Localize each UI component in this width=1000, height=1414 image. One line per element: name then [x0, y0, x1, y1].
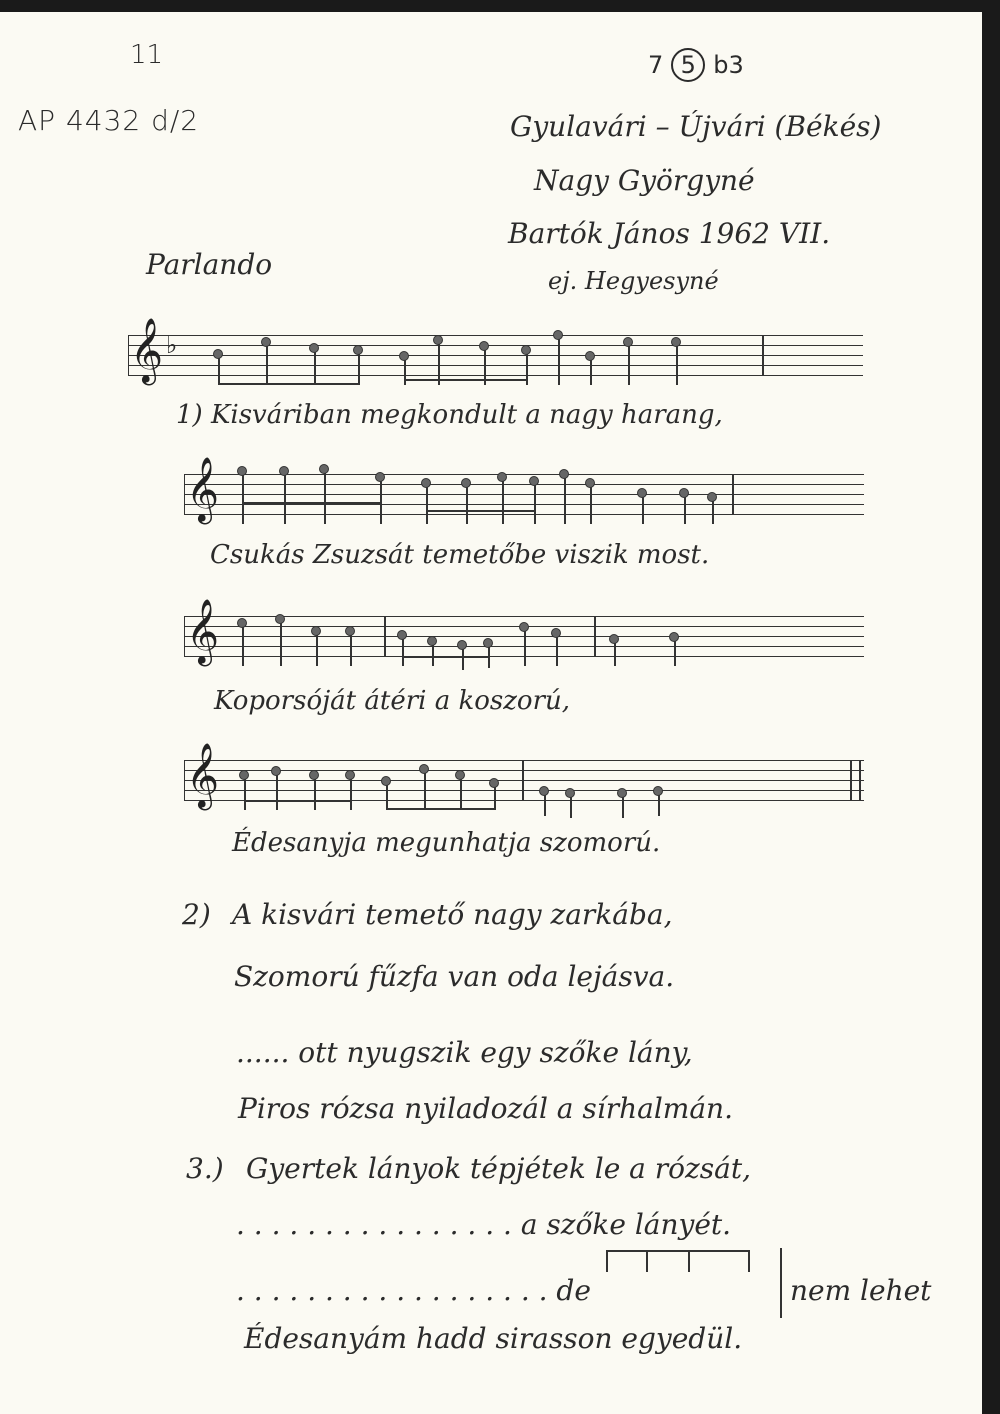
note: [684, 492, 686, 524]
verse-2-number: 2): [182, 898, 211, 931]
barline: [732, 474, 734, 514]
note: [218, 353, 220, 385]
music-staff: 𝄞: [184, 474, 864, 514]
beam: [404, 379, 528, 381]
note: [402, 634, 404, 666]
note: [350, 630, 352, 666]
note: [242, 470, 244, 524]
tempo-marking: Parlando: [146, 248, 272, 281]
manuscript-page: 11 AP 4432 d/2 75b3 Gyulavári – Újvári (…: [0, 12, 982, 1414]
note: [284, 470, 286, 524]
note: [564, 473, 566, 524]
verse-2-line-3: ...... ott nyugszik egy szőke lány,: [236, 1036, 693, 1069]
note: [558, 334, 560, 385]
final-barline: [850, 760, 861, 800]
barline: [594, 616, 596, 656]
staff-lyric-2: Csukás Zsuzsát temetőbe viszik most.: [210, 540, 709, 570]
collection-place: Gyulavári – Újvári (Békés): [510, 110, 881, 143]
music-staff: 𝄞: [184, 760, 864, 800]
note: [266, 341, 268, 385]
note: [556, 632, 558, 666]
rhythm-bracket: [606, 1250, 750, 1272]
note: [466, 482, 468, 524]
note: [242, 622, 244, 666]
note: [350, 774, 352, 810]
note: [324, 468, 326, 524]
treble-clef-icon: 𝄞: [186, 746, 219, 806]
note: [316, 630, 318, 666]
beam: [426, 510, 536, 512]
collector-and-date: Bartók János 1962 VII.: [508, 217, 830, 250]
note: [590, 355, 592, 385]
staff-lyric-4: Édesanyja megunhatja szomorú.: [232, 828, 660, 858]
singer-name: Nagy Györgyné: [534, 164, 755, 197]
catalog-circled-number: 5: [671, 48, 705, 82]
verse-3-line-3: . . . . . . . . . . . . . . . . . . de: [236, 1274, 591, 1307]
catalog-number: 75b3: [648, 48, 744, 82]
note: [494, 782, 496, 810]
transcriber: ej. Hegyesyné: [548, 267, 719, 295]
barline: [384, 616, 386, 656]
note: [426, 482, 428, 524]
note: [570, 792, 572, 818]
barline: [762, 335, 764, 375]
note: [488, 642, 490, 668]
note: [628, 341, 630, 385]
note: [676, 341, 678, 385]
verse-3-line-4: Édesanyám hadd sirasson egyedül.: [244, 1322, 742, 1355]
note: [244, 774, 246, 810]
beam: [218, 383, 360, 385]
verse-2-line-1: A kisvári temető nagy zarkába,: [232, 898, 673, 931]
note: [502, 476, 504, 524]
beam: [242, 502, 382, 504]
verse-3-line-1: Gyertek lányok tépjétek le a rózsát,: [246, 1152, 751, 1185]
catalog-prefix: 7: [648, 51, 663, 79]
note: [712, 496, 714, 524]
note: [614, 638, 616, 666]
note: [642, 492, 644, 524]
note: [460, 774, 462, 810]
note: [622, 792, 624, 818]
verse-3-number: 3.): [186, 1152, 224, 1185]
staff-lyric-3: Koporsóját átéri a koszorú,: [214, 686, 570, 716]
note: [386, 780, 388, 810]
music-staff: 𝄞: [184, 616, 864, 656]
note: [432, 640, 434, 666]
note: [534, 480, 536, 524]
note: [280, 618, 282, 666]
catalog-suffix: b3: [713, 51, 744, 79]
note: [590, 482, 592, 524]
note: [524, 626, 526, 666]
note: [358, 349, 360, 385]
treble-clef-icon: 𝄞: [130, 321, 163, 381]
treble-clef-icon: 𝄞: [186, 602, 219, 662]
note: [544, 790, 546, 816]
note: [314, 774, 316, 810]
note: [380, 476, 382, 524]
beam: [244, 800, 352, 802]
note: [674, 636, 676, 666]
note: [658, 790, 660, 816]
beam: [402, 656, 490, 658]
note: [424, 768, 426, 810]
note: [314, 347, 316, 385]
flat-sign-icon: ♭: [166, 331, 177, 359]
phrase-divider: [780, 1248, 782, 1318]
verse-3-line-2: . . . . . . . . . . . . . . . . a szőke …: [236, 1208, 731, 1241]
treble-clef-icon: 𝄞: [186, 460, 219, 520]
verse-2-line-4: Piros rózsa nyiladozál a sírhalmán.: [238, 1092, 733, 1125]
verse-3-line-3b: nem lehet: [790, 1274, 931, 1307]
note: [276, 770, 278, 810]
beam: [386, 808, 496, 810]
verse-2-line-2: Szomorú fűzfa van oda lejásva.: [234, 960, 674, 993]
staff-lyric-1: 1) Kisváriban megkondult a nagy harang,: [176, 400, 723, 430]
music-staff: 𝄞♭: [128, 335, 863, 375]
archive-id: AP 4432 d/2: [18, 104, 199, 137]
archive-number: 11: [130, 40, 163, 70]
barline: [522, 760, 524, 800]
